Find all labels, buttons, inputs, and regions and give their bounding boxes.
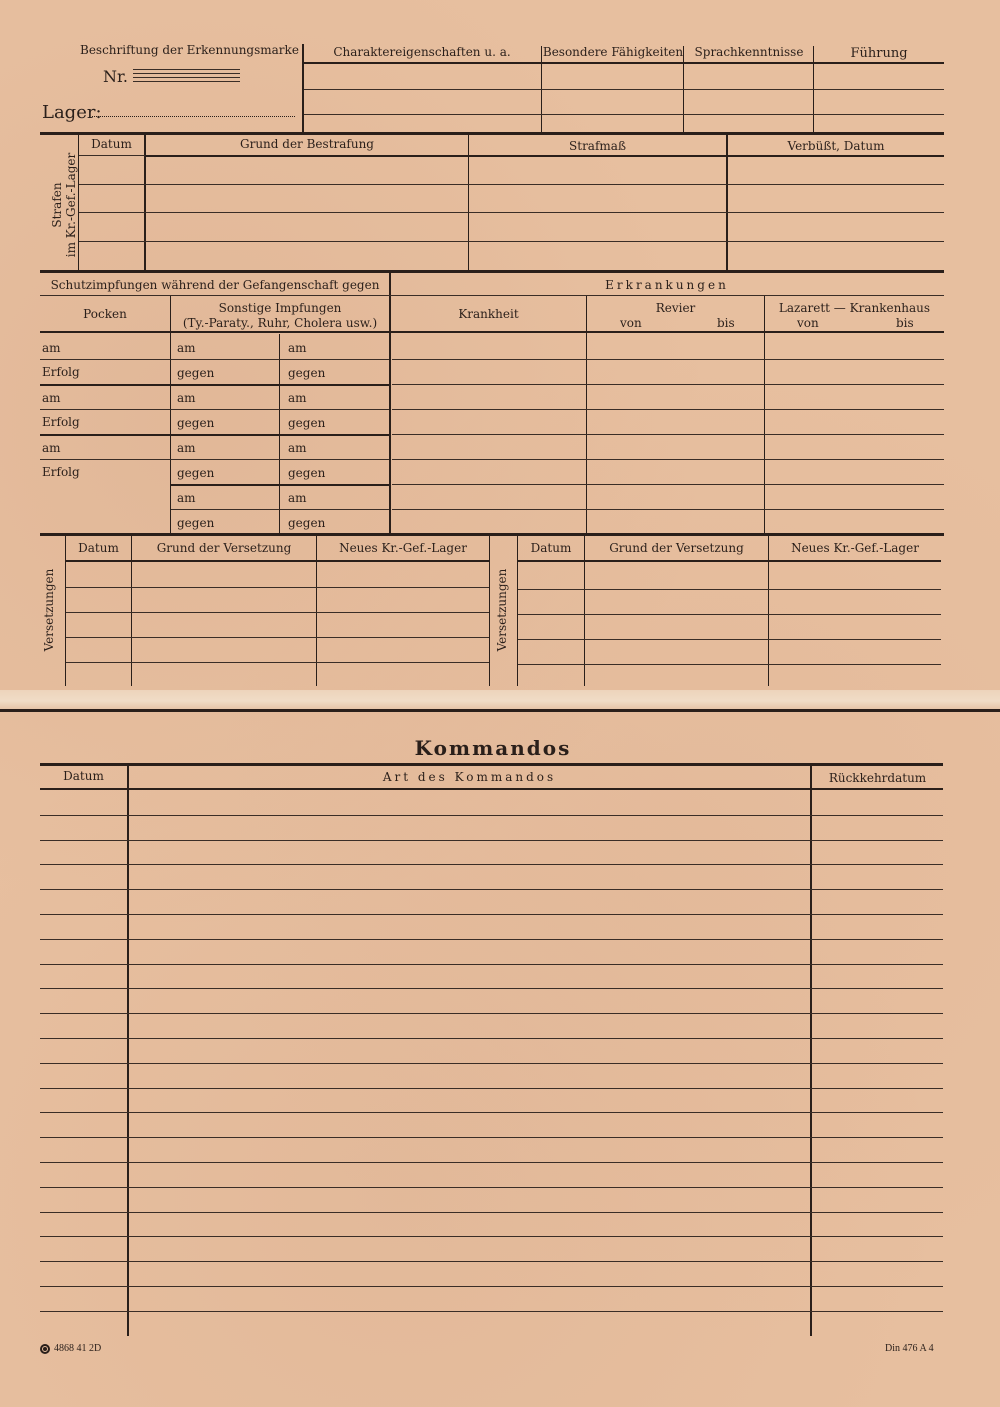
impf-cell[interactable]: am xyxy=(177,392,196,404)
versetzung-row[interactable] xyxy=(518,665,941,687)
kommando-row[interactable] xyxy=(40,989,943,1013)
revier-bis: bis xyxy=(717,317,735,329)
versetzung-row[interactable] xyxy=(518,640,941,664)
col-revier: Revier xyxy=(587,302,764,314)
impf-cell[interactable]: am xyxy=(177,492,196,504)
col-neues-lager: Neues Kr.-Gef.-Lager xyxy=(769,542,941,554)
versetzung-row[interactable] xyxy=(518,562,941,589)
kommando-row[interactable] xyxy=(40,1163,943,1187)
kommando-row[interactable] xyxy=(40,1287,943,1311)
versetzung-row[interactable] xyxy=(66,638,489,662)
versetzungen-side-label: Versetzungen xyxy=(42,565,58,655)
din-label: Din 476 A 4 xyxy=(885,1343,934,1354)
strafen-row[interactable] xyxy=(80,213,944,241)
erkrankung-row[interactable] xyxy=(392,410,944,434)
col-neues-lager: Neues Kr.-Gef.-Lager xyxy=(317,542,489,554)
impf-cell[interactable]: am xyxy=(177,342,196,354)
attr-row[interactable] xyxy=(304,90,944,114)
kommando-row[interactable] xyxy=(40,1188,943,1212)
erkrankung-row[interactable] xyxy=(392,485,944,509)
col-verbuesst: Verbüßt, Datum xyxy=(728,140,944,152)
attr-row[interactable] xyxy=(304,115,944,132)
versetzungen-side-label: Versetzungen xyxy=(495,565,511,655)
pocken-cell[interactable]: am xyxy=(42,442,61,454)
attr-row[interactable] xyxy=(304,64,944,89)
pocken-cell[interactable]: Erfolg xyxy=(42,466,80,478)
lager-field[interactable] xyxy=(92,116,295,117)
printer-mark-icon xyxy=(40,1344,50,1354)
impf-cell[interactable]: am xyxy=(288,492,307,504)
kommando-row[interactable] xyxy=(40,965,943,989)
impf-cell[interactable]: am xyxy=(288,392,307,404)
col-grund-versetzung: Grund der Versetzung xyxy=(585,542,768,554)
impf-cell[interactable]: am xyxy=(288,342,307,354)
kommando-row[interactable] xyxy=(40,841,943,865)
col-pocken: Pocken xyxy=(40,308,170,320)
versetzung-row[interactable] xyxy=(66,663,489,686)
impf-cell[interactable]: gegen xyxy=(288,417,325,429)
kommandos-title: Kommandos xyxy=(0,736,986,760)
kommando-row[interactable] xyxy=(40,1113,943,1137)
col-sonstige: Sonstige Impfungen (Ty.-Paraty., Ruhr, C… xyxy=(171,302,389,329)
col-sprachkenntnisse: Sprachkenntnisse xyxy=(684,46,814,58)
col-strafmass: Strafmaß xyxy=(469,140,726,152)
col-fuehrung: Führung xyxy=(814,47,944,60)
impf-cell[interactable]: gegen xyxy=(177,517,214,529)
lazarett-bis: bis xyxy=(896,317,914,329)
erkrankung-row[interactable] xyxy=(392,334,944,359)
col-art: Art des Kommandos xyxy=(129,771,810,783)
strafen-row[interactable] xyxy=(80,242,944,270)
versetzung-row[interactable] xyxy=(518,590,941,614)
col-datum: Datum xyxy=(518,542,584,554)
col-lazarett: Lazarett — Krankenhaus xyxy=(765,302,944,314)
kommando-row[interactable] xyxy=(40,816,943,840)
col-rueckkehr: Rückkehrdatum xyxy=(812,772,943,784)
col-grund-versetzung: Grund der Versetzung xyxy=(132,542,316,554)
kommando-row[interactable] xyxy=(40,915,943,939)
pocken-cell[interactable]: Erfolg xyxy=(42,366,80,378)
versetzung-row[interactable] xyxy=(66,562,489,587)
form-number: 4868 41 2D xyxy=(40,1343,101,1354)
col-grund: Grund der Bestrafung xyxy=(146,138,468,150)
kommando-row[interactable] xyxy=(40,791,943,815)
impf-cell[interactable]: gegen xyxy=(288,467,325,479)
kommando-row[interactable] xyxy=(40,1312,943,1335)
kommando-row[interactable] xyxy=(40,1138,943,1162)
fold-edge xyxy=(0,709,1000,712)
impfungen-title: Schutzimpfungen während der Gefangenscha… xyxy=(40,279,390,291)
kommando-row[interactable] xyxy=(40,1089,943,1113)
pocken-cell[interactable]: am xyxy=(42,342,61,354)
col-charakter: Charaktereigenschaften u. a. xyxy=(302,46,542,58)
impf-cell[interactable]: am xyxy=(177,442,196,454)
kommando-row[interactable] xyxy=(40,890,943,914)
col-faehigkeiten: Besondere Fähigkeiten xyxy=(542,46,684,58)
kommando-row[interactable] xyxy=(40,865,943,889)
impf-cell[interactable]: am xyxy=(288,442,307,454)
lager-label: Lager: xyxy=(42,102,102,123)
impf-cell[interactable]: gegen xyxy=(177,467,214,479)
kommando-row[interactable] xyxy=(40,1213,943,1237)
kommando-row[interactable] xyxy=(40,1039,943,1063)
erkrankung-row[interactable] xyxy=(392,510,944,534)
kommando-row[interactable] xyxy=(40,1014,943,1038)
versetzung-row[interactable] xyxy=(66,588,489,612)
versetzung-row[interactable] xyxy=(66,613,489,637)
kommando-row[interactable] xyxy=(40,940,943,964)
pocken-cell[interactable]: am xyxy=(42,392,61,404)
col-krankheit: Krankheit xyxy=(391,308,586,320)
pocken-cell[interactable]: Erfolg xyxy=(42,416,80,428)
nr-field[interactable] xyxy=(133,69,240,83)
revier-von: von xyxy=(620,317,642,329)
impf-cell[interactable]: gegen xyxy=(177,417,214,429)
kommando-row[interactable] xyxy=(40,1262,943,1286)
erkrankung-row[interactable] xyxy=(392,460,944,484)
versetzung-row[interactable] xyxy=(518,615,941,639)
nr-label: Nr. xyxy=(103,67,128,86)
impf-cell[interactable]: gegen xyxy=(177,367,214,379)
impf-cell[interactable]: gegen xyxy=(288,367,325,379)
kommando-row[interactable] xyxy=(40,1237,943,1261)
strafen-row[interactable] xyxy=(80,185,944,212)
kommando-row[interactable] xyxy=(40,1064,943,1088)
strafen-row[interactable] xyxy=(80,157,944,184)
col-datum: Datum xyxy=(79,138,144,150)
lazarett-von: von xyxy=(797,317,819,329)
erkrankung-row[interactable] xyxy=(392,385,944,409)
erkrankung-row[interactable] xyxy=(392,360,944,384)
erkrankung-row[interactable] xyxy=(392,435,944,459)
impf-cell[interactable]: gegen xyxy=(288,517,325,529)
col-datum: Datum xyxy=(66,542,131,554)
erkrankungen-title: Erkrankungen xyxy=(390,279,944,291)
id-tag-label: Beschriftung der Erkennungsmarke xyxy=(80,44,299,56)
col-datum: Datum xyxy=(40,770,127,782)
strafen-side-label: Strafenim Kr.-Gef.-Lager xyxy=(50,140,80,270)
